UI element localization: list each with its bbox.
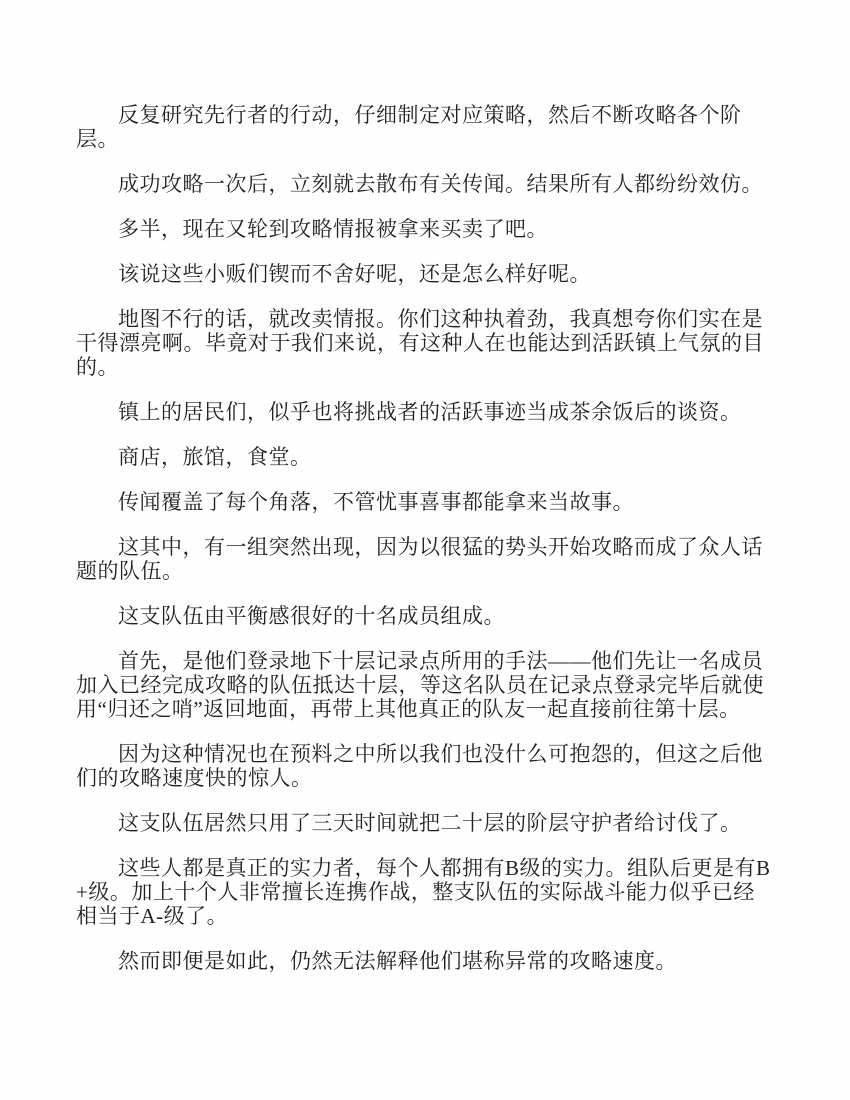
paragraph: 反复研究先行者的行动，仔细制定对应策略，然后不断攻略各个阶层。 bbox=[76, 103, 772, 151]
paragraph: 然而即便是如此，仍然无法解释他们堪称异常的攻略速度。 bbox=[76, 949, 772, 973]
paragraph: 这其中，有一组突然出现，因为以很猛的势头开始攻略而成了众人话题的队伍。 bbox=[76, 535, 772, 583]
paragraph: 传闻覆盖了每个角落，不管忧事喜事都能拿来当故事。 bbox=[76, 490, 772, 514]
paragraph: 这支队伍由平衡感很好的十名成员组成。 bbox=[76, 604, 772, 628]
paragraph: 多半，现在又轮到攻略情报被拿来买卖了吧。 bbox=[76, 217, 772, 241]
paragraph: 成功攻略一次后，立刻就去散布有关传闻。结果所有人都纷纷效仿。 bbox=[76, 172, 772, 196]
paragraph: 商店，旅馆，食堂。 bbox=[76, 445, 772, 469]
document-page: 反复研究先行者的行动，仔细制定对应策略，然后不断攻略各个阶层。 成功攻略一次后，… bbox=[0, 0, 850, 1100]
paragraph: 该说这些小贩们锲而不舍好呢，还是怎么样好呢。 bbox=[76, 262, 772, 286]
paragraph: 这支队伍居然只用了三天时间就把二十层的阶层守护者给讨伐了。 bbox=[76, 811, 772, 835]
paragraph: 因为这种情况也在预料之中所以我们也没什么可抱怨的，但这之后他们的攻略速度快的惊人… bbox=[76, 742, 772, 790]
paragraph: 镇上的居民们，似乎也将挑战者的活跃事迹当成茶余饭后的谈资。 bbox=[76, 400, 772, 424]
paragraph: 这些人都是真正的实力者，每个人都拥有B级的实力。组队后更是有B+级。加上十个人非… bbox=[76, 856, 772, 928]
paragraph: 地图不行的话，就改卖情报。你们这种执着劲，我真想夸你们实在是干得漂亮啊。毕竟对于… bbox=[76, 307, 772, 379]
paragraph: 首先，是他们登录地下十层记录点所用的手法——他们先让一名成员加入已经完成攻略的队… bbox=[76, 649, 772, 721]
